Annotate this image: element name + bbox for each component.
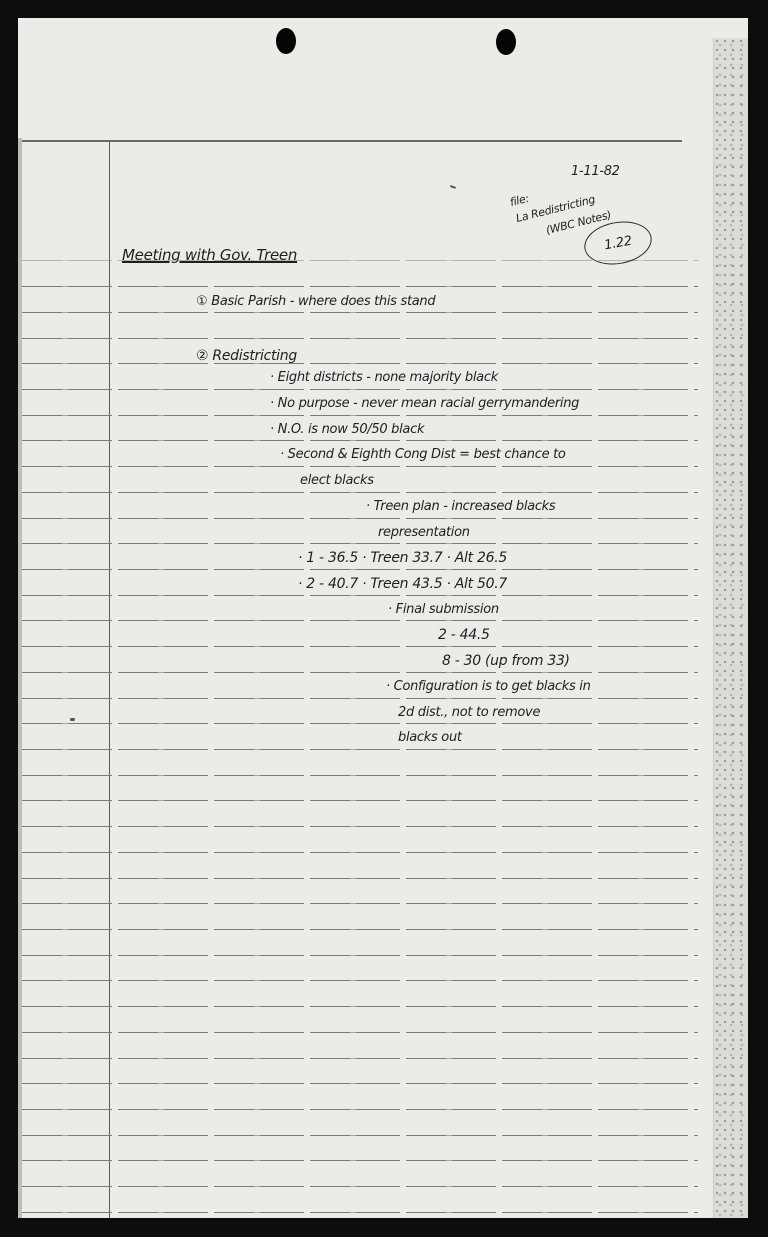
final-district-2: 2 - 44.5 [438,627,490,643]
ruled-line [22,415,698,416]
ruled-line [22,698,698,699]
ink-mark [450,185,456,189]
punch-hole-right [496,29,516,55]
ruled-line [22,312,698,313]
ruled-line [22,620,698,621]
data-row-district-2: · 2 - 40.7 · Treen 43.5 · Alt 50.7 [298,576,507,592]
item-1-text: Basic Parish - where does this stand [211,294,435,309]
ruled-line [22,903,698,904]
ruled-line [22,1058,698,1059]
bullet-line: · No purpose - never mean racial gerryma… [270,396,579,411]
ruled-line [22,980,698,981]
page-right-edge [713,38,748,1218]
bullet-line: blacks out [398,730,462,745]
ruled-line [22,826,698,827]
header-rule [22,140,682,142]
ruled-line [22,440,698,441]
ruled-line [22,800,698,801]
ruled-line [22,466,698,467]
page-left-shadow [18,138,22,1218]
bullet-line: · Treen plan - increased blacks [366,499,555,514]
ruled-line [22,286,698,287]
item-2: ② Redistricting [196,348,297,364]
punch-hole-left [276,28,296,54]
ruled-line [22,955,698,956]
ruled-line [22,389,698,390]
item-1: ① Basic Parish - where does this stand [196,294,435,309]
bullet-line: · N.O. is now 50/50 black [270,422,424,437]
notebook-page: 1-11-82 file: La Redistricting (WBC Note… [18,18,748,1218]
ruled-line [22,852,698,853]
ruled-line [22,1212,698,1213]
ruled-line [22,672,698,673]
ruled-line [22,775,698,776]
note-date: 1-11-82 [571,164,620,179]
note-title: Meeting with Gov. Treen [122,246,297,264]
ruled-line [22,723,698,724]
bullet-line: · Second & Eighth Cong Dist = best chanc… [280,447,566,462]
ruled-line [22,518,698,519]
ruled-line [22,1160,698,1161]
ruled-line [22,595,698,596]
ruled-line [22,1109,698,1110]
ruled-line [22,492,698,493]
item-2-marker: ② [196,348,208,364]
ruled-line [22,363,698,364]
ruled-line [22,929,698,930]
ink-smudge [70,718,75,721]
bullet-line: · Eight districts - none majority black [270,370,498,385]
ruled-line [22,878,698,879]
bullet-line: elect blacks [300,473,374,488]
final-district-8: 8 - 30 (up from 33) [442,653,570,669]
bullet-line: 2d dist., not to remove [398,705,540,720]
ruled-line [22,1006,698,1007]
ruled-line [22,1186,698,1187]
file-note-line1: file: [509,192,531,210]
ruled-line [22,543,698,544]
data-row-district-1: · 1 - 36.5 · Treen 33.7 · Alt 26.5 [298,550,507,566]
ruled-line [22,749,698,750]
item-1-marker: ① [196,294,207,309]
ruled-line [22,1135,698,1136]
ruled-line [22,569,698,570]
bullet-line: · Final submission [388,602,499,617]
bullet-line: · Configuration is to get blacks in [386,679,591,694]
ruled-line [22,646,698,647]
bullet-line: representation [378,525,470,540]
ruled-line [22,338,698,339]
ruled-line [22,1032,698,1033]
ruled-line [22,1083,698,1084]
item-2-text: Redistricting [212,348,296,364]
margin-rule [109,140,110,1218]
circled-reference-text: 1.22 [603,233,633,253]
